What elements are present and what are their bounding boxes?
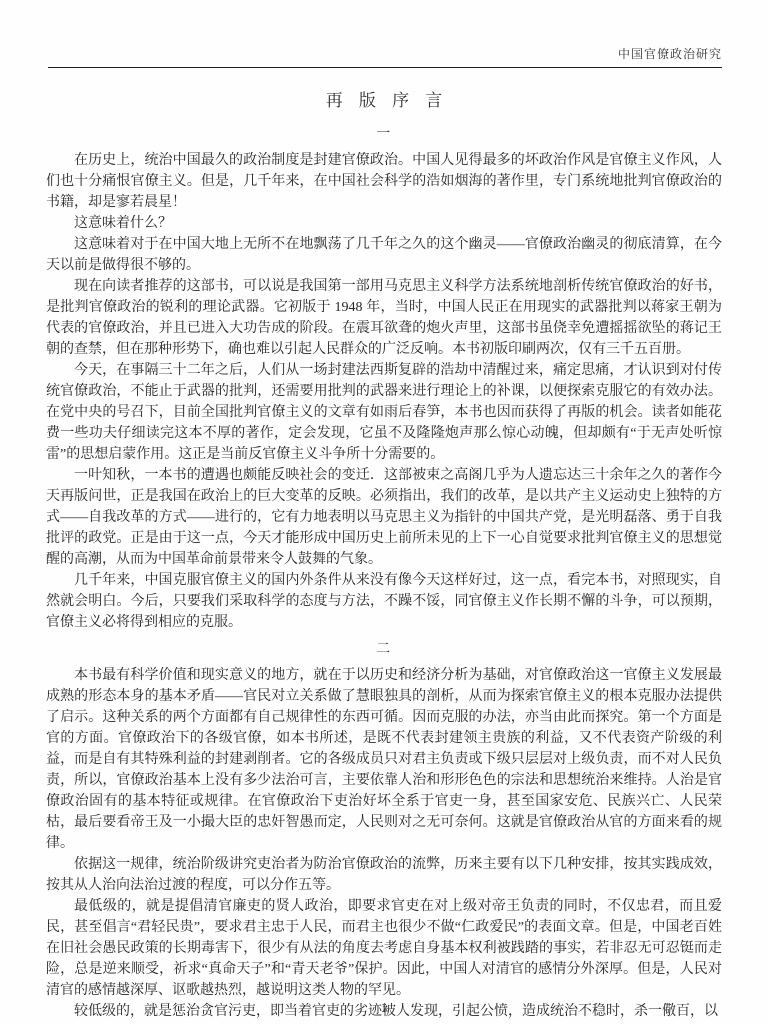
paragraph: 今天，在事隔三十二年之后，人们从一场封建法西斯复辟的浩劫中清醒过来，痛定思痛，才… (46, 360, 722, 465)
document-page: 中国官僚政治研究 再版序言 一在历史上，统治中国最久的政治制度是封建官僚政治。中… (0, 0, 768, 1024)
section-marker: 二 (46, 638, 722, 658)
page-content: 再版序言 一在历史上，统治中国最久的政治制度是封建官僚政治。中国人见得最多的坏政… (46, 86, 722, 1022)
paragraph: 这意味着对于在中国大地上无所不在地飘荡了几千年之久的这个幽灵——官僚政治幽灵的彻… (46, 234, 722, 276)
paragraph: 在历史上，统治中国最久的政治制度是封建官僚政治。中国人见得最多的坏政治作风是官僚… (46, 150, 722, 213)
paragraph: 本书最有科学价值和现实意义的地方，就在于以历史和经济分析为基础，对官僚政治这一官… (46, 665, 722, 854)
paragraph: 这意味着什么？ (46, 213, 722, 234)
running-header-title: 中国官僚政治研究 (618, 45, 722, 62)
section-marker: 一 (46, 123, 722, 143)
sections: 一在历史上，统治中国最久的政治制度是封建官僚政治。中国人见得最多的坏政治作风是官… (46, 123, 722, 1022)
page-header: 中国官僚政治研究 (48, 0, 722, 68)
document-title: 再版序言 (46, 86, 722, 111)
paragraph: 依据这一规律，统治阶级讲究吏治者为防治官僚政治的流弊，历来主要有以下几种安排，按… (46, 854, 722, 896)
page-number: 1 (0, 1000, 768, 1016)
header-rule (48, 67, 722, 68)
paragraph: 一叶知秋，一本书的遭遇也颇能反映社会的变迁．这部被束之高阁几乎为人遗忘达三十余年… (46, 465, 722, 570)
paragraph: 最低级的，就是提倡清官廉吏的贤人政治，即要求官吏在对上级对帝王负责的同时，不仅忠… (46, 896, 722, 1001)
paragraph: 现在向读者推荐的这部书，可以说是我国第一部用马克思主义科学方法系统地剖析传统官僚… (46, 276, 722, 360)
paragraph: 几千年来，中国克服官僚主义的国内外条件从来没有像今天这样好过，这一点，看完本书，… (46, 570, 722, 633)
